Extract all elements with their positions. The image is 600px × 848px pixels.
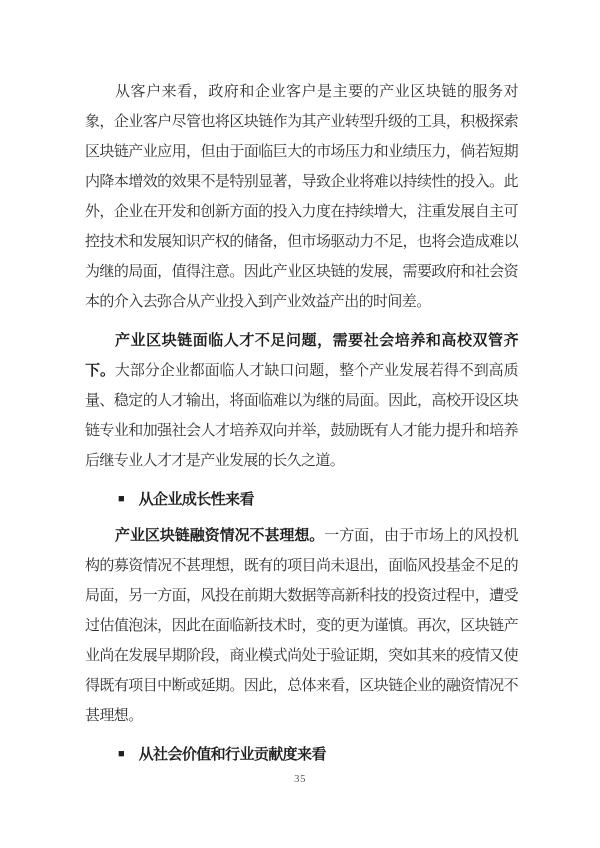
document-page: 从客户来看，政府和企业客户是主要的产业区块链的服务对象，企业客户尽管也将区块链作…	[0, 0, 600, 848]
paragraph: 产业区块链面临人才不足问题，需要社会培养和高校双管齐下。大部分企业都面临人才缺口…	[85, 326, 518, 476]
paragraph-text: 一方面，由于市场上的风投机构的募资情况不甚理想，既有的项目尚未退出，面临风投基金…	[85, 528, 518, 724]
section-heading: ■从企业成长性来看	[85, 485, 518, 516]
bullet-square-icon: ■	[118, 739, 125, 769]
paragraph-lead-bold: 产业区块链融资情况不甚理想。	[115, 528, 324, 544]
paragraph: 从客户来看，政府和企业客户是主要的产业区块链的服务对象，企业客户尽管也将区块链作…	[85, 77, 518, 317]
document-body: 从客户来看，政府和企业客户是主要的产业区块链的服务对象，企业客户尽管也将区块链作…	[85, 77, 518, 776]
page-number: 35	[294, 773, 306, 785]
paragraph-text: 大部分企业都面临人才缺口问题，整个产业发展若得不到高质量、稳定的人才输出，将面临…	[85, 363, 518, 469]
section-heading-label: 从企业成长性来看	[139, 492, 254, 508]
paragraph: 产业区块链融资情况不甚理想。一方面，由于市场上的风投机构的募资情况不甚理想，既有…	[85, 521, 518, 731]
section-heading-label: 从社会价值和行业贡献度来看	[139, 747, 326, 763]
page-footer: 35	[0, 769, 600, 787]
section-heading: ■从社会价值和行业贡献度来看	[85, 740, 518, 771]
bullet-square-icon: ■	[118, 484, 125, 514]
paragraph-text: 从客户来看，政府和企业客户是主要的产业区块链的服务对象，企业客户尽管也将区块链作…	[85, 84, 518, 310]
